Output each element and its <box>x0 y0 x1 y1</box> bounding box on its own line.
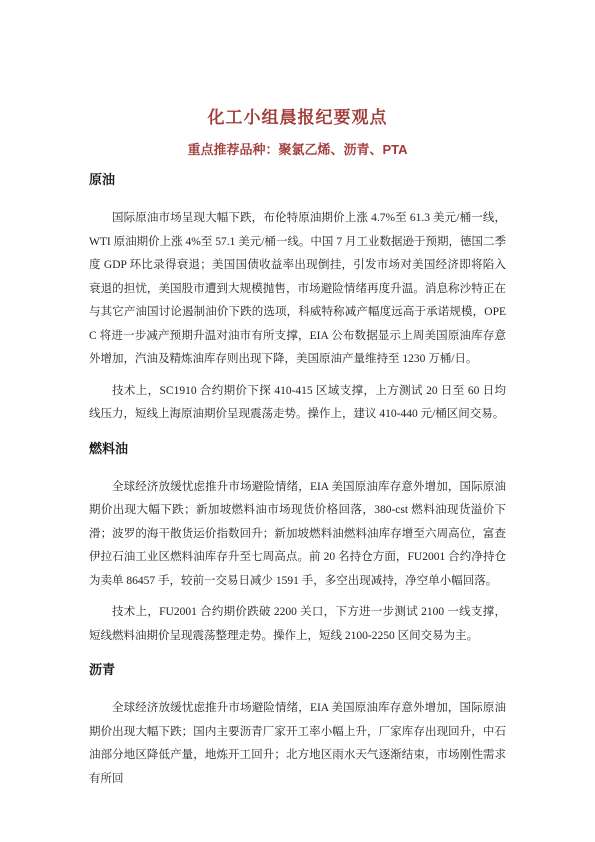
crude-oil-technical-paragraph: 技术上，SC1910 合约期价下探 410-415 区域支撑，上方测试 20 日… <box>89 380 506 427</box>
section-heading-fuel-oil: 燃料油 <box>89 441 506 456</box>
document-page: 化工小组晨报纪要观点 重点推荐品种：聚氯乙烯、沥青、PTA 原油 国际原油市场呈… <box>0 0 595 842</box>
report-title: 化工小组晨报纪要观点 <box>89 108 506 128</box>
crude-oil-market-paragraph: 国际原油市场呈现大幅下跌，布伦特原油期价上涨 4.7%至 61.3 美元/桶一线… <box>89 207 506 372</box>
section-heading-asphalt: 沥青 <box>89 662 506 677</box>
fuel-oil-technical-paragraph: 技术上，FU2001 合约期价跌破 2200 关口，下方进一步测试 2100 一… <box>89 601 506 648</box>
section-fuel-oil: 燃料油 全球经济放缓忧虑推升市场避险情绪，EIA 美国原油库存意外增加，国际原油… <box>89 441 506 649</box>
fuel-oil-market-paragraph: 全球经济放缓忧虑推升市场避险情绪，EIA 美国原油库存意外增加，国际原油期价出现… <box>89 476 506 594</box>
asphalt-market-paragraph: 全球经济放缓忧虑推升市场避险情绪，EIA 美国原油库存意外增加，国际原油期价出现… <box>89 697 506 791</box>
section-asphalt: 沥青 全球经济放缓忧虑推升市场避险情绪，EIA 美国原油库存意外增加，国际原油期… <box>89 662 506 791</box>
report-subtitle: 重点推荐品种：聚氯乙烯、沥青、PTA <box>89 142 506 158</box>
section-heading-crude-oil: 原油 <box>89 172 506 187</box>
section-crude-oil: 原油 国际原油市场呈现大幅下跌，布伦特原油期价上涨 4.7%至 61.3 美元/… <box>89 172 506 427</box>
